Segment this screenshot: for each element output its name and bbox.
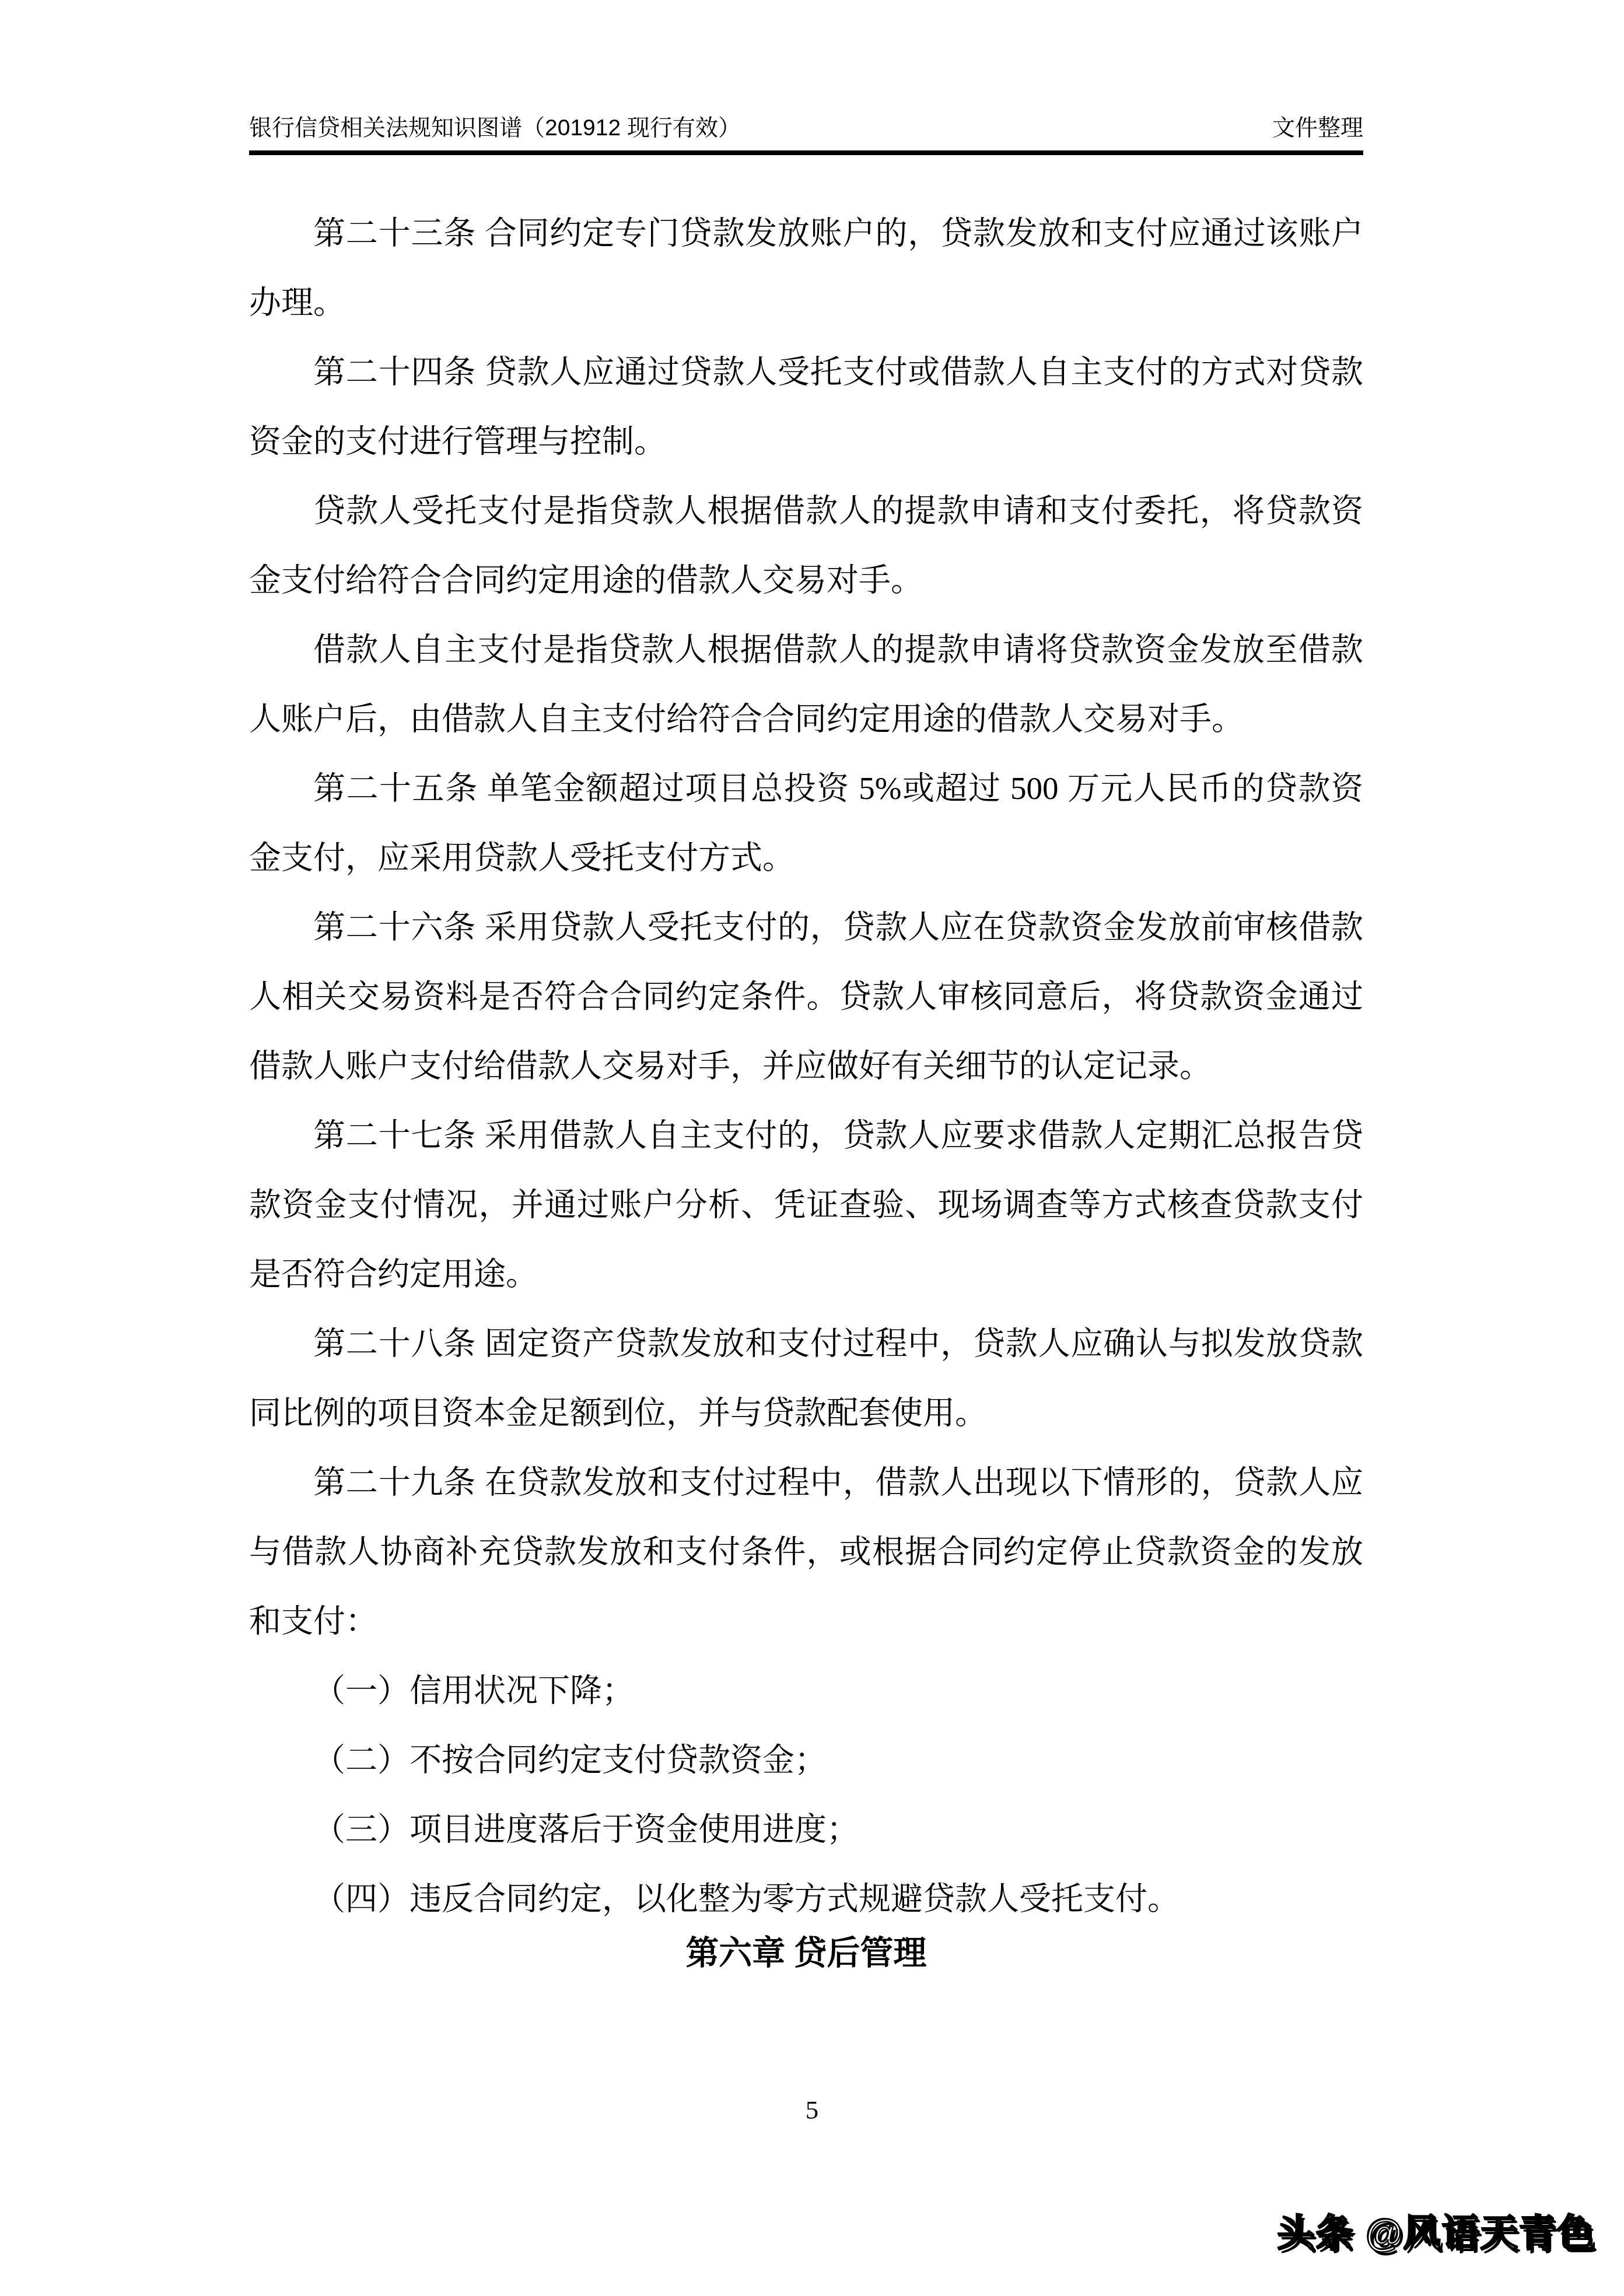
paragraph-article-27: 第二十七条 采用借款人自主支付的，贷款人应要求借款人定期汇总报告贷款资金支付情况…: [249, 1100, 1363, 1309]
paragraph-article-28: 第二十八条 固定资产贷款发放和支付过程中，贷款人应确认与拟发放贷款同比例的项目资…: [249, 1309, 1363, 1447]
page-header: 银行信贷相关法规知识图谱（201912 现行有效） 文件整理: [249, 114, 1363, 155]
list-item-2: （二）不按合同约定支付贷款资金；: [249, 1725, 1363, 1794]
paragraph-entrusted-payment-definition: 贷款人受托支付是指贷款人根据借款人的提款申请和支付委托，将贷款资金支付给符合合同…: [249, 476, 1363, 615]
document-body: 第二十三条 合同约定专门贷款发放账户的，贷款发放和支付应通过该账户办理。 第二十…: [249, 198, 1363, 1974]
paragraph-article-24: 第二十四条 贷款人应通过贷款人受托支付或借款人自主支付的方式对贷款资金的支付进行…: [249, 337, 1363, 476]
document-page: 银行信贷相关法规知识图谱（201912 现行有效） 文件整理 第二十三条 合同约…: [0, 0, 1624, 2296]
chapter-heading: 第六章 贷后管理: [249, 1933, 1363, 1974]
paragraph-independent-payment-definition: 借款人自主支付是指贷款人根据借款人的提款申请将贷款资金发放至借款人账户后，由借款…: [249, 615, 1363, 753]
list-item-3: （三）项目进度落后于资金使用进度；: [249, 1794, 1363, 1864]
list-item-1: （一）信用状况下降；: [249, 1656, 1363, 1725]
paragraph-article-26: 第二十六条 采用贷款人受托支付的，贷款人应在贷款资金发放前审核借款人相关交易资料…: [249, 892, 1363, 1100]
page-number: 5: [0, 2094, 1624, 2126]
paragraph-article-29: 第二十九条 在贷款发放和支付过程中，借款人出现以下情形的，贷款人应与借款人协商补…: [249, 1447, 1363, 1656]
header-title: 银行信贷相关法规知识图谱（201912 现行有效）: [249, 114, 741, 142]
watermark: 头条 @风语天青色: [1277, 2209, 1596, 2257]
list-item-4: （四）违反合同约定，以化整为零方式规避贷款人受托支付。: [249, 1864, 1363, 1933]
header-label: 文件整理: [1272, 114, 1363, 142]
paragraph-article-23: 第二十三条 合同约定专门贷款发放账户的，贷款发放和支付应通过该账户办理。: [249, 198, 1363, 337]
paragraph-article-25: 第二十五条 单笔金额超过项目总投资 5%或超过 500 万元人民币的贷款资金支付…: [249, 753, 1363, 892]
